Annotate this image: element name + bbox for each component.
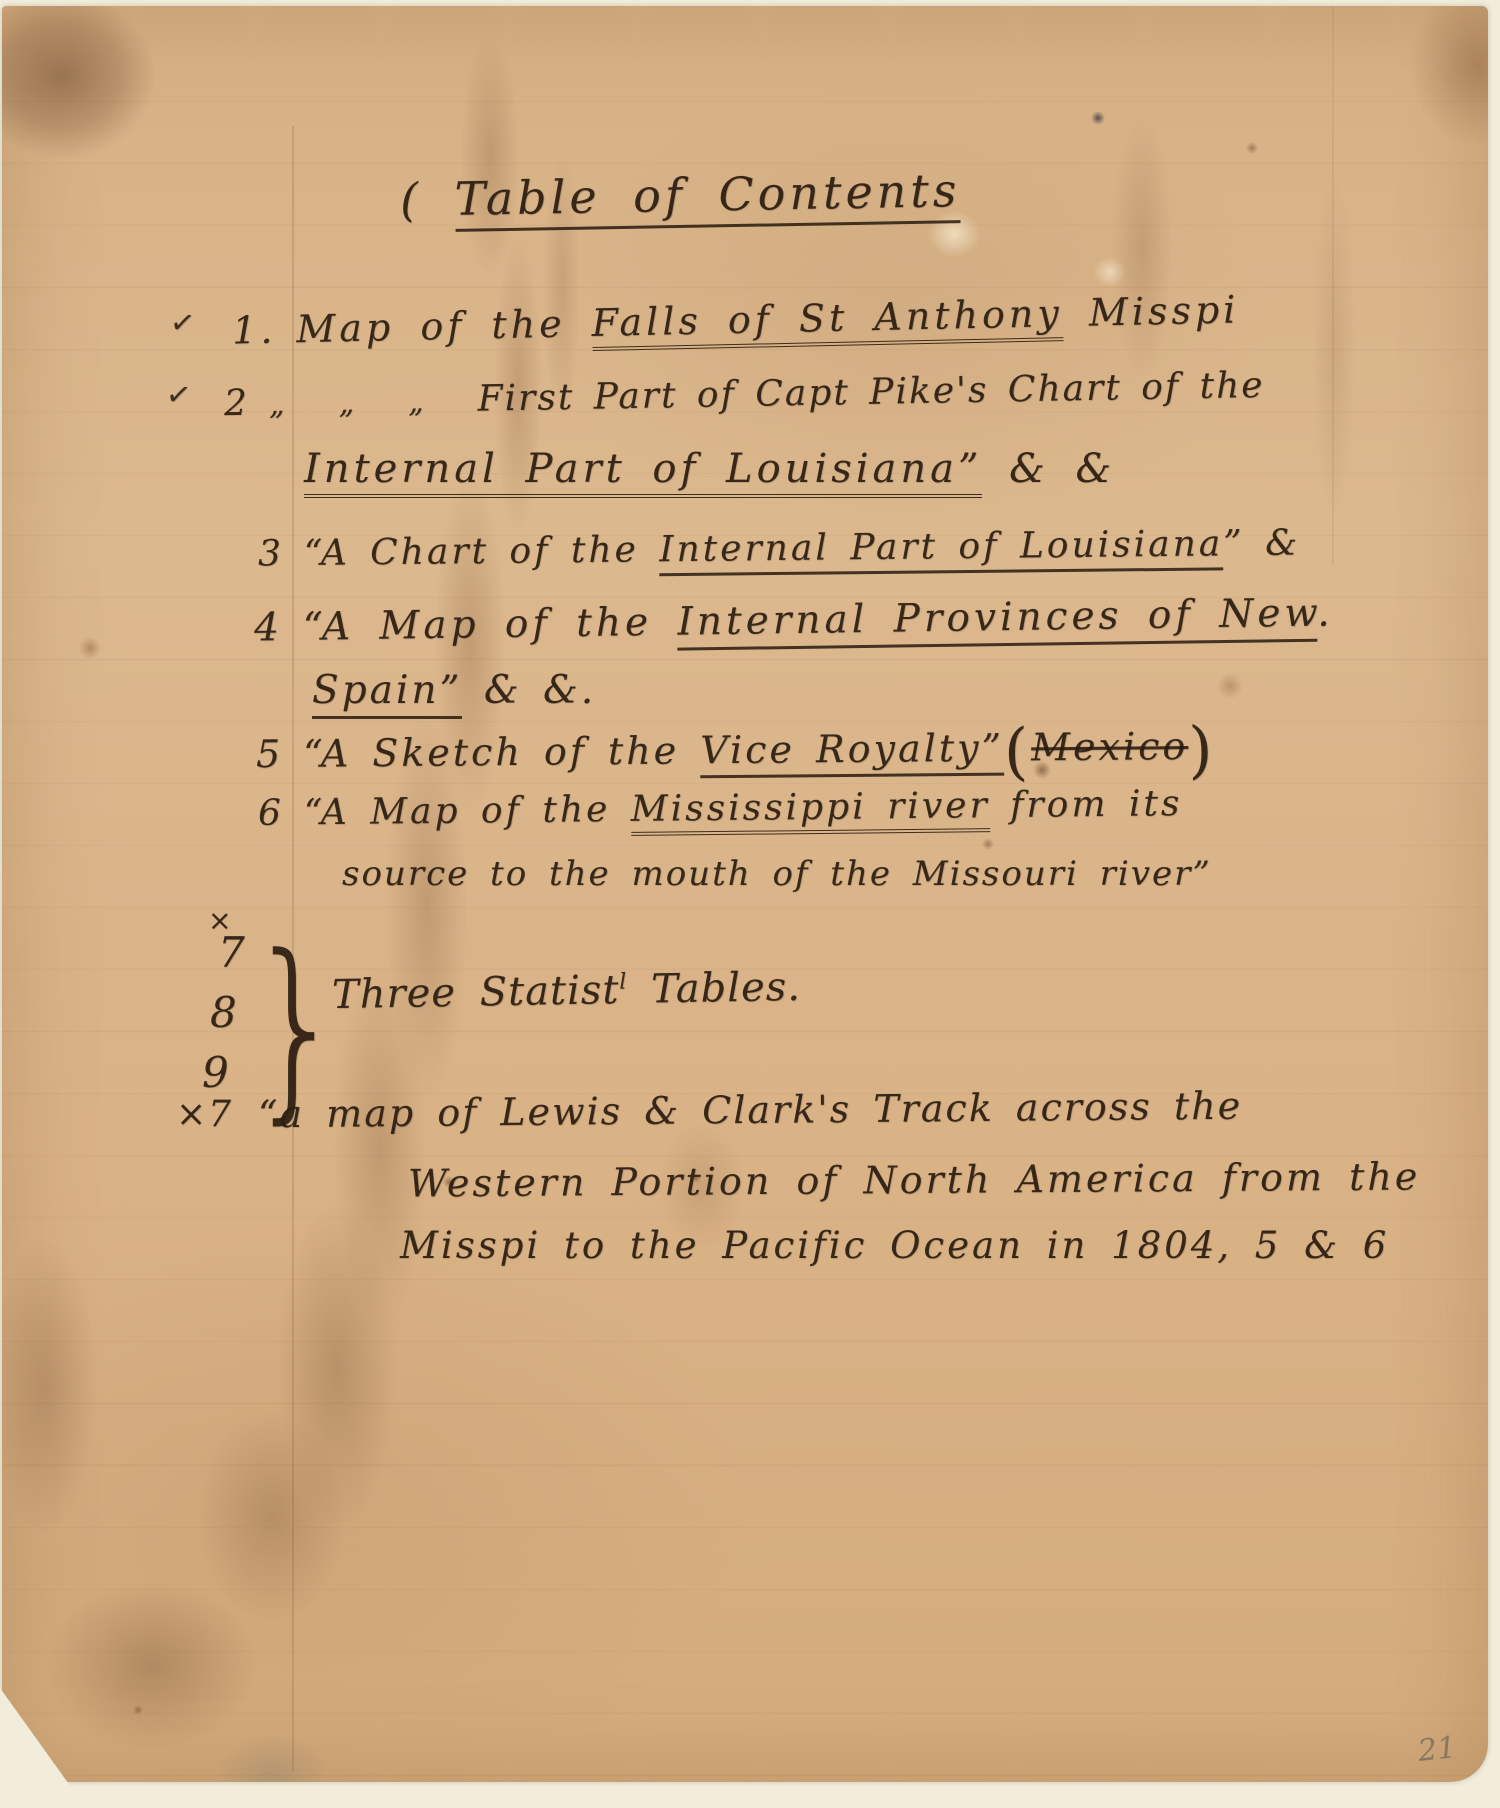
entry-5-close-paren: ) <box>1188 713 1216 786</box>
entry-3-number: 3 <box>258 533 284 574</box>
entry-2-text: First Part of Capt Pike's Chart of the <box>477 365 1265 420</box>
toc-entry-3: 3“A Chart of the Internal Part of Louisi… <box>258 523 1301 575</box>
x7-mark: ×7 <box>176 1094 233 1135</box>
toc-entry-5: 5“A Sketch of the Vice Royalty”(Mexico) <box>256 724 1216 776</box>
toc-entry-1: 1.Map of the Falls of St Anthony Misspi <box>232 287 1240 352</box>
entry-4-pre: “A Map of the <box>303 600 678 650</box>
pencil-page-number: 21 <box>1416 1730 1458 1769</box>
entry-5-underlined: Vice Royalty” <box>700 726 1004 779</box>
toc-entry-7-line-1: “a map of Lewis & Clark's Track across t… <box>258 1084 1242 1137</box>
entry-3-tail: ” & <box>1223 523 1300 565</box>
document-scan: { "document": { "title_open_paren": "(",… <box>0 0 1500 1808</box>
title-open-paren: ( <box>400 173 423 227</box>
toc-entry-4-line-2: Spain” & &. <box>312 668 596 713</box>
entry-6-pre: “A Map of the <box>304 789 631 833</box>
toc-entry-2-line-1: 2„„„First Part of Capt Pike's Chart of t… <box>224 365 1265 424</box>
title-text: Table of Contents <box>454 163 961 232</box>
checkmark-entry-1: ✓ <box>168 304 200 342</box>
entry-1-number: 1. <box>232 308 277 353</box>
entry-6-tail: from its <box>989 783 1182 826</box>
page-title: ( Table of Contents <box>400 163 961 227</box>
entry-1-pre: Map of the <box>296 301 592 351</box>
ruled-lines <box>2 6 1488 1782</box>
checkmark-entry-2: ✓ <box>164 376 196 414</box>
entry-5-pre: “A Sketch of the <box>303 728 700 775</box>
entry-5-number: 5 <box>256 732 284 776</box>
group-number-9: 9 <box>202 1048 231 1097</box>
ditto-mark-1: „ <box>269 387 287 422</box>
toc-entry-6-line-1: 6“A Map of the Mississippi river from it… <box>258 783 1183 834</box>
entry-5-struck-word: Mexico <box>1031 724 1189 769</box>
faint-crease-line <box>1332 6 1334 566</box>
paper-corner-edge <box>0 1688 86 1808</box>
group-number-7: 7 <box>218 928 247 977</box>
entry-5-open-paren: ( <box>1004 714 1032 787</box>
entry-2-tail: & & <box>982 446 1115 492</box>
entry-3-pre: “A Chart of the <box>304 529 660 574</box>
stains-overlay <box>2 6 1488 1782</box>
manuscript-page: ( Table of Contents ✓ 1.Map of the Falls… <box>2 6 1488 1782</box>
entry-1-tail: Misspi <box>1062 287 1240 335</box>
group-label-post: Tables. <box>627 964 801 1013</box>
toc-entry-6-line-2: source to the mouth of the Missouri rive… <box>342 854 1212 894</box>
entry-4-number: 4 <box>254 605 283 650</box>
entry-4-underlined-2: Spain” <box>312 668 462 719</box>
ditto-mark-2: „ <box>338 386 356 421</box>
entry-1-underlined: Falls of St Anthony <box>591 291 1063 351</box>
toc-entry-2-line-2: Internal Part of Louisiana” & & <box>304 446 1115 492</box>
entry-2-underlined: Internal Part of Louisiana” <box>304 446 982 498</box>
group-number-8: 8 <box>210 988 239 1037</box>
toc-entry-7-line-2: Western Portion of North America from th… <box>408 1154 1421 1205</box>
toc-entry-7-line-3: Misspi to the Pacific Ocean in 1804, 5 &… <box>400 1224 1389 1267</box>
entry-4-tail-2: & &. <box>462 668 596 713</box>
entry-6-underlined: Mississippi river <box>631 785 990 836</box>
ditto-mark-3: „ <box>408 385 426 420</box>
entry-3-underlined: Internal Part of Louisiana <box>659 523 1223 576</box>
entry-2-number: 2 <box>224 383 250 424</box>
group-label: Three Statistl Tables. <box>332 964 802 1018</box>
toc-entry-4-line-1: 4“A Map of the Internal Provinces of New… <box>254 590 1334 650</box>
entry-4-tail: . <box>1317 590 1334 635</box>
group-label-pre: Three Statist <box>332 967 620 1018</box>
entry-4-underlined: Internal Provinces of New <box>677 591 1317 651</box>
entry-6-number: 6 <box>258 793 284 834</box>
